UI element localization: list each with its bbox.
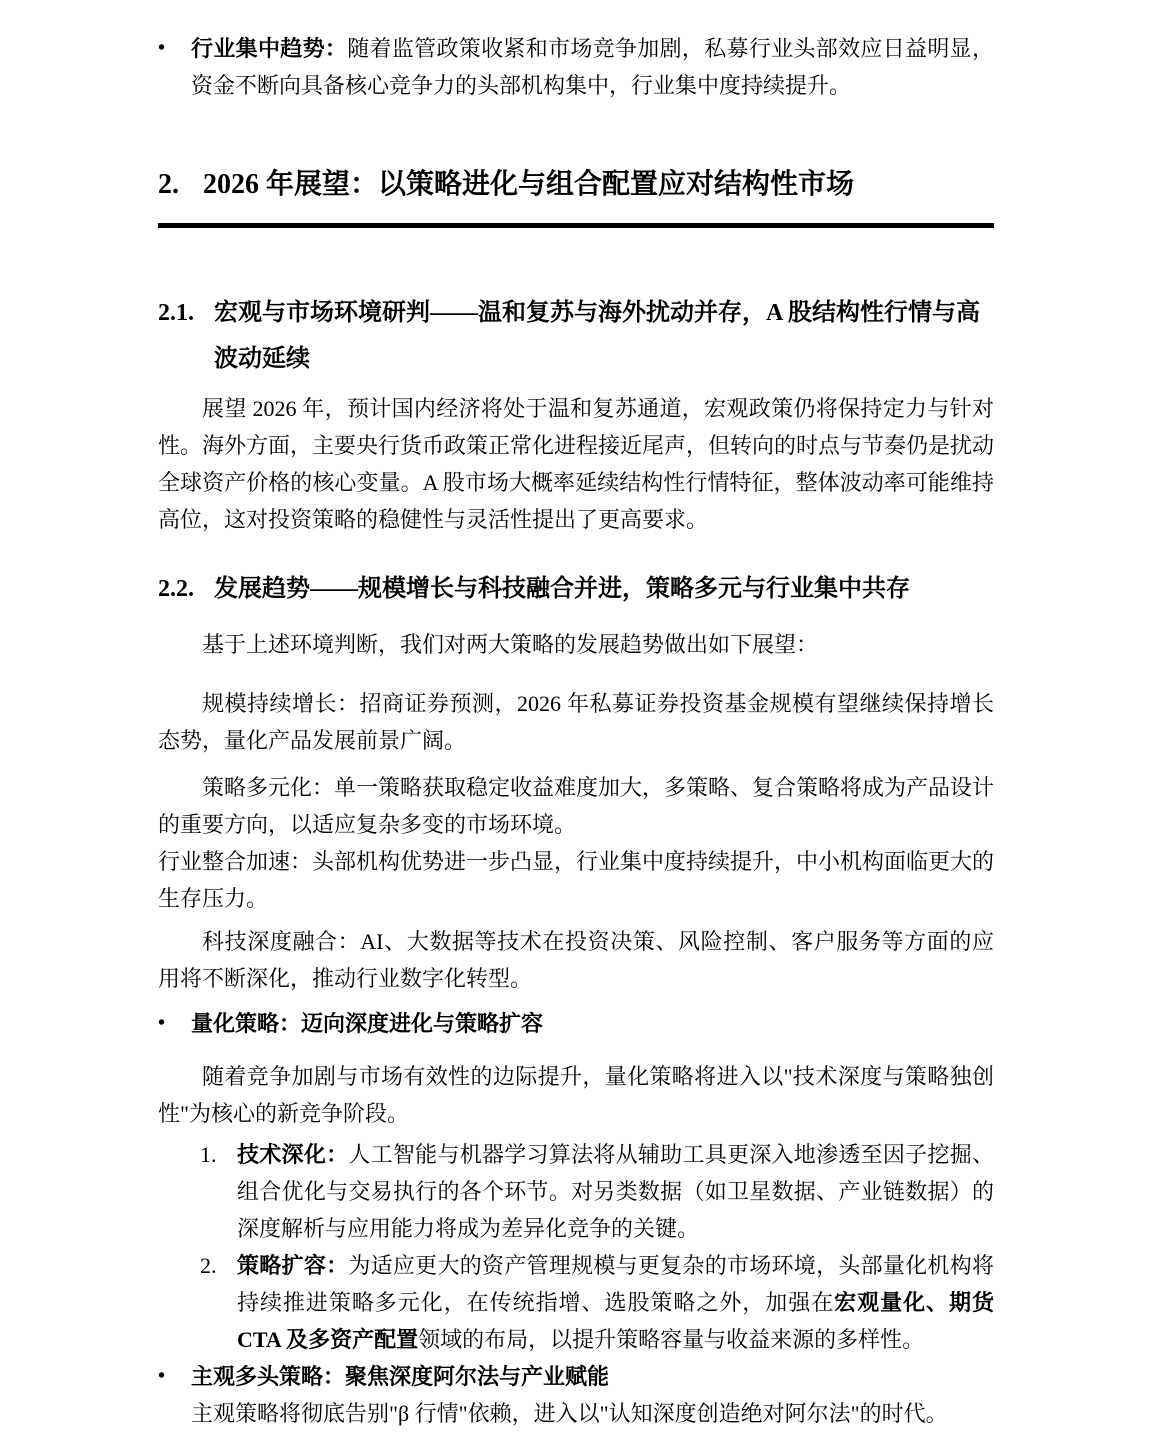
section-heading-2-number: 2. <box>158 164 203 206</box>
numbered-item-1-number: 1. <box>200 1136 237 1247</box>
bullet-subjective-body: 主观多头策略：聚焦深度阿尔法与产业赋能 主观策略将彻底告别"β 行情"依赖，进入… <box>191 1358 994 1432</box>
bullet-industry-lead: 行业集中趋势： <box>191 36 347 61</box>
section-heading-2-2: 2.2. 发展趋势——规模增长与科技融合并进，策略多元与行业集中共存 <box>158 566 994 612</box>
numbered-item-2-text-after: 领域的布局，以提升策略容量与收益来源的多样性。 <box>418 1327 924 1352</box>
numbered-item-strategy-expansion: 2. 策略扩容：为适应更大的资产管理规模与更复杂的市场环境，头部量化机构将持续推… <box>200 1247 994 1358</box>
section-heading-2: 2. 2026 年展望：以策略进化与组合配置应对结构性市场 <box>158 164 994 206</box>
bullet-subjective-lead: 主观多头策略：聚焦深度阿尔法与产业赋能 <box>191 1358 994 1395</box>
section-heading-2-title: 2026 年展望：以策略进化与组合配置应对结构性市场 <box>203 164 854 206</box>
bullet-icon: • <box>158 30 191 104</box>
bullet-icon: • <box>158 1358 191 1432</box>
section-heading-2-2-number: 2.2. <box>158 566 214 612</box>
numbered-item-2-lead: 策略扩容： <box>237 1253 348 1278</box>
numbered-item-1-body: 技术深化：人工智能与机器学习算法将从辅助工具更深入地渗透至因子挖掘、组合优化与交… <box>237 1136 994 1247</box>
heading-underline <box>158 223 994 228</box>
numbered-item-tech-deepening: 1. 技术深化：人工智能与机器学习算法将从辅助工具更深入地渗透至因子挖掘、组合优… <box>200 1136 994 1247</box>
paragraph-macro-outlook: 展望 2026 年，预计国内经济将处于温和复苏通道，宏观政策仍将保持定力与针对性… <box>158 390 994 538</box>
bullet-subjective-text: 主观策略将彻底告别"β 行情"依赖，进入以"认知深度创造绝对阿尔法"的时代。 <box>191 1395 994 1432</box>
paragraph-tech-integration: 科技深度融合：AI、大数据等技术在投资决策、风险控制、客户服务等方面的应用将不断… <box>158 923 994 997</box>
numbered-item-1-text: 人工智能与机器学习算法将从辅助工具更深入地渗透至因子挖掘、组合优化与交易执行的各… <box>237 1142 994 1241</box>
section-heading-2-2-title: 发展趋势——规模增长与科技融合并进，策略多元与行业集中共存 <box>214 566 994 612</box>
paragraph-basis: 基于上述环境判断，我们对两大策略的发展趋势做出如下展望： <box>158 626 994 663</box>
numbered-item-2-number: 2. <box>200 1247 237 1358</box>
bullet-item-industry-concentration: • 行业集中趋势：随着监管政策收紧和市场竞争加剧，私募行业头部效应日益明显，资金… <box>158 30 994 104</box>
section-heading-2-1-title: 宏观与市场环境研判——温和复苏与海外扰动并存，A 股结构性行情与高波动延续 <box>214 290 994 382</box>
bullet-industry-body: 行业集中趋势：随着监管政策收紧和市场竞争加剧，私募行业头部效应日益明显，资金不断… <box>191 30 994 104</box>
bullet-item-subjective-long: • 主观多头策略：聚焦深度阿尔法与产业赋能 主观策略将彻底告别"β 行情"依赖，… <box>158 1358 994 1432</box>
bullet-icon: • <box>158 1005 191 1042</box>
section-heading-2-1: 2.1. 宏观与市场环境研判——温和复苏与海外扰动并存，A 股结构性行情与高波动… <box>158 290 994 382</box>
numbered-item-2-body: 策略扩容：为适应更大的资产管理规模与更复杂的市场环境，头部量化机构将持续推进策略… <box>237 1247 994 1358</box>
numbered-item-1-lead: 技术深化： <box>237 1142 348 1167</box>
bullet-item-quant-strategy: • 量化策略：迈向深度进化与策略扩容 <box>158 1005 994 1042</box>
document-page: • 行业集中趋势：随着监管政策收紧和市场竞争加剧，私募行业头部效应日益明显，资金… <box>0 0 1150 1436</box>
bullet-quant-title: 量化策略：迈向深度进化与策略扩容 <box>191 1005 994 1042</box>
paragraph-scale-growth: 规模持续增长：招商证券预测，2026 年私募证券投资基金规模有望继续保持增长态势… <box>158 685 994 759</box>
paragraph-industry-consolidation: 行业整合加速：头部机构优势进一步凸显，行业集中度持续提升，中小机构面临更大的生存… <box>158 843 994 917</box>
paragraph-strategy-diversification: 策略多元化：单一策略获取稳定收益难度加大，多策略、复合策略将成为产品设计的重要方… <box>158 769 994 843</box>
paragraph-quant-competition: 随着竞争加剧与市场有效性的边际提升，量化策略将进入以"技术深度与策略独创性"为核… <box>158 1058 994 1132</box>
section-heading-2-1-number: 2.1. <box>158 290 214 382</box>
